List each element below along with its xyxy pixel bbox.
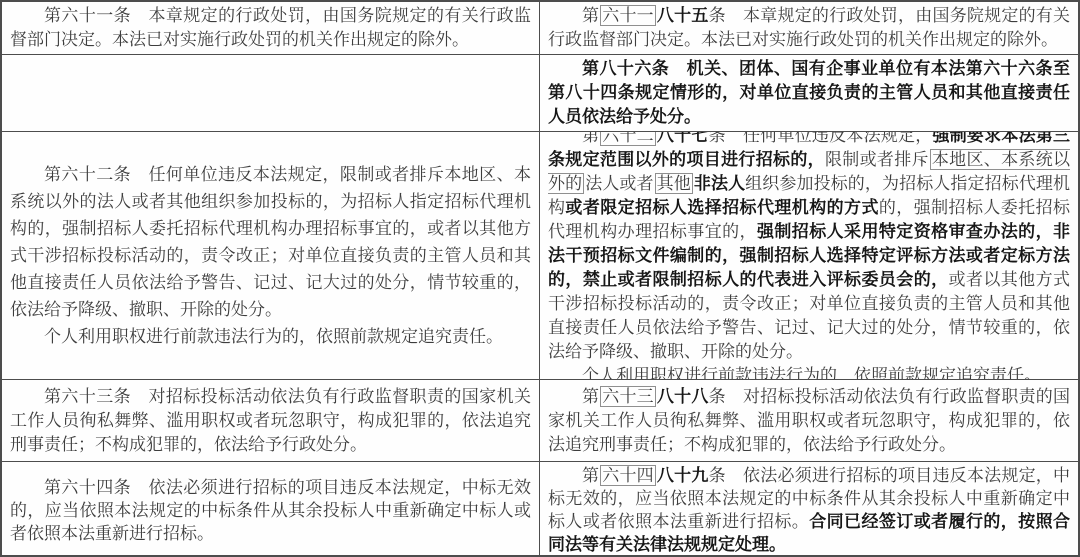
law-paragraph: 第六十四条 依法必须进行招标的项目违反本法规定，中标无效的，应当依照本法规定的中… <box>10 476 531 545</box>
text-segment: 第六十二条 任何单位违反本法规定，限制或者排斥本地区、本系统以外的法人或者其他组… <box>10 165 531 319</box>
law-paragraph: 第六十二条 任何单位违反本法规定，限制或者排斥本地区、本系统以外的法人或者其他组… <box>10 161 531 323</box>
text-segment: 个人利用职权进行前款违法行为的，依照前款规定追究责任。 <box>44 327 503 346</box>
old-article-64-cell: 第六十四条 依法必须进行招标的项目违反本法规定，中标无效的，应当依照本法规定的中… <box>2 462 540 557</box>
added-text: 非法人 <box>694 174 745 193</box>
law-paragraph: 第六十一条 本章规定的行政处罚，由国务院规定的有关行政监督部门决定。本法已对实施… <box>10 4 531 52</box>
text-segment: 限制或者排斥 <box>825 150 929 169</box>
law-paragraph: 第六十三八十八条 对招标投标活动依法负有行政监督职责的国家机关工作人员徇私舞弊、… <box>548 385 1070 457</box>
text-segment: 第 <box>582 466 599 485</box>
law-paragraph: 第六十三条 对招标投标活动依法负有行政监督职责的国家机关工作人员徇私舞弊、滥用职… <box>10 385 531 457</box>
text-segment: 第六十一条 本章规定的行政处罚，由国务院规定的有关行政监督部门决定。本法已对实施… <box>10 6 531 49</box>
deleted-text: 六十三 <box>600 386 656 407</box>
law-paragraph: 第六十二八十七条 任何单位违反本法规定，强制要求本法第三条规定范围以外的项目进行… <box>548 132 1070 364</box>
law-comparison-table: 第六十一条 本章规定的行政处罚，由国务院规定的有关行政监督部门决定。本法已对实施… <box>0 0 1080 557</box>
law-paragraph: 个人利用职权进行前款违法行为的，依照前款规定追究责任。 <box>548 364 1070 380</box>
law-paragraph: 第六十四八十九条 依法必须进行招标的项目违反本法规定，中标无效的，应当依照本法规… <box>548 464 1070 556</box>
text-segment: 第六十四条 依法必须进行招标的项目违反本法规定，中标无效的，应当依照本法规定的中… <box>10 478 531 543</box>
added-text: 或者限定招标人选择招标代理机构的方式 <box>565 198 878 217</box>
comparison-row-article-61-85: 第六十一条 本章规定的行政处罚，由国务院规定的有关行政监督部门决定。本法已对实施… <box>2 2 1078 55</box>
added-text: 八十七 <box>657 132 709 145</box>
text-segment: 第 <box>582 132 599 145</box>
deleted-text: 其他 <box>655 173 693 194</box>
old-empty-cell <box>2 55 540 131</box>
deleted-text: 六十一 <box>600 5 656 26</box>
text-segment: 第 <box>582 6 599 25</box>
law-paragraph: 第八十六条 机关、团体、国有企事业单位有本法第六十六条至第八十四条规定情形的，对… <box>548 57 1070 129</box>
new-article-88-cell: 第六十三八十八条 对招标投标活动依法负有行政监督职责的国家机关工作人员徇私舞弊、… <box>540 380 1078 461</box>
comparison-row-article-64-89: 第六十四条 依法必须进行招标的项目违反本法规定，中标无效的，应当依照本法规定的中… <box>2 462 1078 557</box>
new-article-87-cell: 第六十二八十七条 任何单位违反本法规定，强制要求本法第三条规定范围以外的项目进行… <box>540 132 1078 379</box>
text-segment: 法人或者 <box>585 174 653 193</box>
comparison-row-article-86: 第八十六条 机关、团体、国有企事业单位有本法第六十六条至第八十四条规定情形的，对… <box>2 55 1078 132</box>
deleted-text: 六十二 <box>600 132 656 146</box>
new-article-86-cell: 第八十六条 机关、团体、国有企事业单位有本法第六十六条至第八十四条规定情形的，对… <box>540 55 1078 131</box>
added-text: 八十五 <box>657 6 709 25</box>
old-article-62-cell: 第六十二条 任何单位违反本法规定，限制或者排斥本地区、本系统以外的法人或者其他组… <box>2 132 540 379</box>
old-article-63-cell: 第六十三条 对招标投标活动依法负有行政监督职责的国家机关工作人员徇私舞弊、滥用职… <box>2 380 540 461</box>
law-paragraph: 第六十一八十五条 本章规定的行政处罚，由国务院规定的有关行政监督部门决定。本法已… <box>548 4 1070 52</box>
text-segment: 第 <box>582 387 599 406</box>
added-text: 八十八 <box>657 387 709 406</box>
old-article-61-cell: 第六十一条 本章规定的行政处罚，由国务院规定的有关行政监督部门决定。本法已对实施… <box>2 2 540 54</box>
comparison-row-article-62-87: 第六十二条 任何单位违反本法规定，限制或者排斥本地区、本系统以外的法人或者其他组… <box>2 132 1078 380</box>
text-segment: 条 任何单位违反本法规定， <box>709 132 933 145</box>
text-segment: 个人利用职权进行前款违法行为的，依照前款规定追究责任。 <box>582 366 1041 380</box>
added-text: 第八十六条 机关、团体、国有企事业单位有本法第六十六条至第八十四条规定情形的，对… <box>548 59 1070 126</box>
new-article-89-cell: 第六十四八十九条 依法必须进行招标的项目违反本法规定，中标无效的，应当依照本法规… <box>540 462 1078 557</box>
law-paragraph: 个人利用职权进行前款违法行为的，依照前款规定追究责任。 <box>10 323 531 350</box>
deleted-text: 六十四 <box>600 465 656 486</box>
text-segment: 第六十三条 对招标投标活动依法负有行政监督职责的国家机关工作人员徇私舞弊、滥用职… <box>10 387 531 454</box>
comparison-row-article-63-88: 第六十三条 对招标投标活动依法负有行政监督职责的国家机关工作人员徇私舞弊、滥用职… <box>2 380 1078 462</box>
added-text: 八十九 <box>657 466 709 485</box>
new-article-85-cell: 第六十一八十五条 本章规定的行政处罚，由国务院规定的有关行政监督部门决定。本法已… <box>540 2 1078 54</box>
